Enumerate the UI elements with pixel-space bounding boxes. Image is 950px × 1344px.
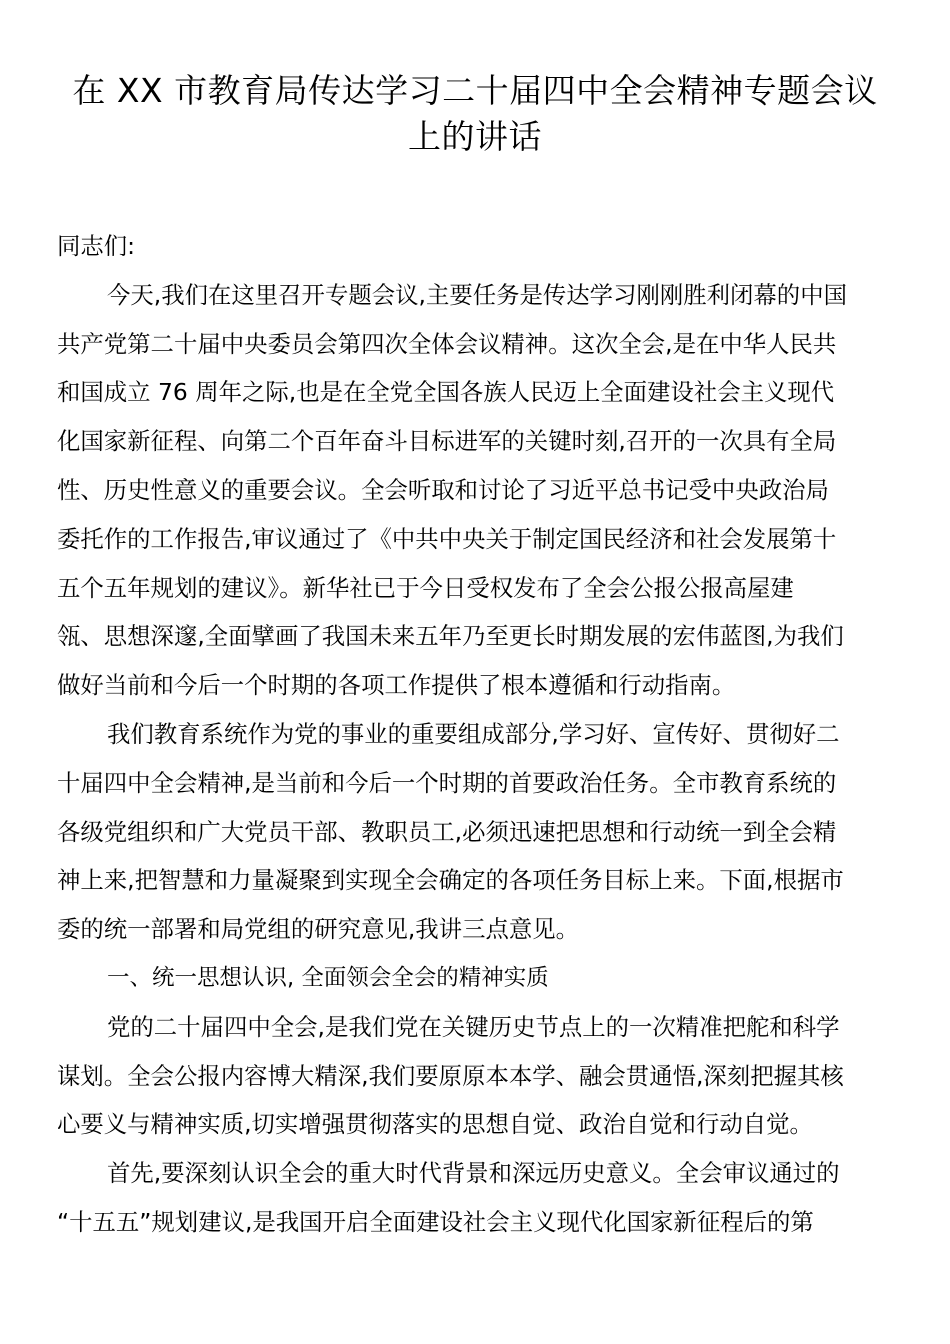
document-body: 同志们: 今天,我们在这里召开专题会议,主要任务是传达学习刚刚胜利闭幕的中国 共… [57,222,897,1247]
section-heading: 一、统一思想认识, 全面领会全会的精神实质 [57,954,897,1003]
text-line: 做好当前和今后一个时期的各项工作提供了根本遵循和行动指南。 [57,661,897,710]
text-line: 十届四中全会精神,是当前和今后一个时期的首要政治任务。全市教育系统的 [57,759,897,808]
document-title: 在 XX 市教育局传达学习二十届四中全会精神专题会议 上的讲话 [40,68,910,160]
salutation: 同志们: [57,222,897,271]
text-line: 五个五年规划的建议》。新华社已于今日受权发布了全会公报公报高屋建 [57,564,897,613]
title-line: 在 XX 市教育局传达学习二十届四中全会精神专题会议 [40,68,910,114]
text-line: 性、历史性意义的重要会议。全会听取和讨论了习近平总书记受中央政治局 [57,466,897,515]
text-line: 共产党第二十届中央委员会第四次全体会议精神。这次全会,是在中华人民共 [57,320,897,369]
text-line: 党的二十届四中全会,是我们党在关键历史节点上的一次精准把舵和科学 [57,1003,897,1052]
section-heading-1: 一、统一思想认识, 全面领会全会的精神实质 [57,954,897,1003]
text-line: 心要义与精神实质,切实增强贯彻落实的思想自觉、政治自觉和行动自觉。 [57,1100,897,1149]
text-line: 瓴、思想深邃,全面擘画了我国未来五年乃至更长时期发展的宏伟蓝图,为我们 [57,612,897,661]
text-line: 和国成立 76 周年之际,也是在全党全国各族人民迈上全面建设社会主义现代 [57,368,897,417]
title-line: 上的讲话 [40,114,910,160]
text-line: 今天,我们在这里召开专题会议,主要任务是传达学习刚刚胜利闭幕的中国 [57,271,897,320]
text-line: 我们教育系统作为党的事业的重要组成部分,学习好、宣传好、贯彻好二 [57,710,897,759]
text-line: 各级党组织和广大党员干部、教职员工,必须迅速把思想和行动统一到全会精 [57,808,897,857]
paragraph-1: 今天,我们在这里召开专题会议,主要任务是传达学习刚刚胜利闭幕的中国 共产党第二十… [57,271,897,710]
text-line: 委的统一部署和局党组的研究意见,我讲三点意见。 [57,905,897,954]
paragraph-2: 我们教育系统作为党的事业的重要组成部分,学习好、宣传好、贯彻好二 十届四中全会精… [57,710,897,954]
text-line: “十五五”规划建议,是我国开启全面建设社会主义现代化国家新征程后的第 [57,1198,897,1247]
text-line: 首先,要深刻认识全会的重大时代背景和深远历史意义。全会审议通过的 [57,1149,897,1198]
text-line: 委托作的工作报告,审议通过了《中共中央关于制定国民经济和社会发展第十 [57,515,897,564]
paragraph-3: 党的二十届四中全会,是我们党在关键历史节点上的一次精准把舵和科学 谋划。全会公报… [57,1003,897,1149]
text-line: 神上来,把智慧和力量凝聚到实现全会确定的各项任务目标上来。下面,根据市 [57,856,897,905]
text-line: 谋划。全会公报内容博大精深,我们要原原本本学、融会贯通悟,深刻把握其核 [57,1052,897,1101]
text-line: 化国家新征程、向第二个百年奋斗目标进军的关键时刻,召开的一次具有全局 [57,417,897,466]
document-page: 在 XX 市教育局传达学习二十届四中全会精神专题会议 上的讲话 同志们: 今天,… [0,0,950,1344]
paragraph-4: 首先,要深刻认识全会的重大时代背景和深远历史意义。全会审议通过的 “十五五”规划… [57,1149,897,1247]
